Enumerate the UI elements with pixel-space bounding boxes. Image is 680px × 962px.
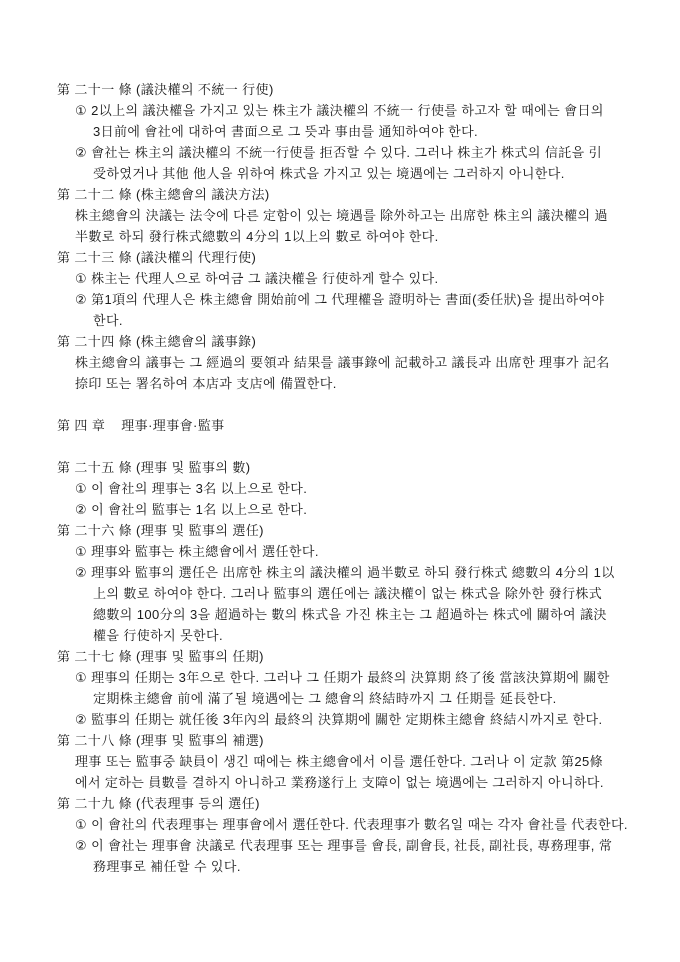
paragraph-line: ② 이 會社는 理事會 決議로 代表理事 또는 理事를 會長, 副會長, 社長,…	[75, 835, 680, 856]
paragraph-line: ① 이 會社의 理事는 3名 以上으로 한다.	[75, 478, 680, 499]
paragraph-line: ② 會社는 株主의 議決權의 不統一行使를 拒否할 수 있다. 그러나 株主가 …	[75, 142, 680, 163]
article-heading: 第 二十三 條 (議決權의 代理行使)	[57, 247, 680, 268]
chapter-heading: 第 四 章 理事·理事會·監事	[57, 415, 680, 436]
paragraph-line: ② 이 會社의 監事는 1名 以上으로 한다.	[75, 499, 680, 520]
paragraph-continuation-line: 捺印 또는 署名하여 本店과 支店에 備置한다.	[75, 373, 680, 394]
blank-line	[57, 436, 680, 457]
article-heading: 第 二十一 條 (議決權의 不統一 行使)	[57, 79, 680, 100]
paragraph-continuation-line: 에서 定하는 員數를 결하지 아니하고 業務遂行上 支障이 없는 境遇에는 그러…	[75, 772, 680, 793]
paragraph-continuation-line: 3日前에 會社에 대하여 書面으로 그 뜻과 事由를 通知하여야 한다.	[93, 121, 680, 142]
paragraph-line: 株主總會의 決議는 法令에 다른 定함이 있는 境遇를 除外하고는 出席한 株主…	[75, 205, 680, 226]
paragraph-continuation-line: 受하였거나 其他 他人을 위하여 株式을 가지고 있는 境遇에는 그러하지 아니…	[93, 163, 680, 184]
paragraph-line: ② 理事와 監事의 選任은 出席한 株主의 議決權의 過半數로 하되 發行株式 …	[75, 562, 680, 583]
paragraph-continuation-line: 務理事로 補任할 수 있다.	[93, 856, 680, 877]
blank-line	[57, 394, 680, 415]
paragraph-continuation-line: 總數의 100分의 3을 超過하는 數의 株式을 가진 株主는 그 超過하는 株…	[93, 604, 680, 625]
article-heading: 第 二十八 條 (理事 및 監事의 補選)	[57, 730, 680, 751]
paragraph-line: 理事 또는 監事중 缺員이 생긴 때에는 株主總會에서 이를 選任한다. 그러나…	[75, 751, 680, 772]
document-body: 第 二十一 條 (議決權의 不統一 行使)① 2以上의 議決權을 가지고 있는 …	[0, 0, 680, 877]
article-heading: 第 二十五 條 (理事 및 監事의 數)	[57, 457, 680, 478]
article-heading: 第 二十六 條 (理事 및 監事의 選任)	[57, 520, 680, 541]
article-heading: 第 二十二 條 (株主總會의 議決方法)	[57, 184, 680, 205]
article-heading: 第 二十七 條 (理事 및 監事의 任期)	[57, 646, 680, 667]
paragraph-line: ① 株主는 代理人으로 하여금 그 議決權을 行使하게 할수 있다.	[75, 268, 680, 289]
paragraph-continuation-line: 한다.	[93, 310, 680, 331]
paragraph-line: ① 이 會社의 代表理事는 理事會에서 選任한다. 代表理事가 數名일 때는 각…	[75, 814, 680, 835]
paragraph-line: 株主總會의 議事는 그 經過의 要領과 結果를 議事錄에 記載하고 議長과 出席…	[75, 352, 680, 373]
document-page: 第 二十一 條 (議決權의 不統一 行使)① 2以上의 議決權을 가지고 있는 …	[0, 0, 680, 962]
paragraph-line: ① 2以上의 議決權을 가지고 있는 株主가 議決權의 不統一 行使를 하고자 …	[75, 100, 680, 121]
paragraph-continuation-line: 半數로 하되 發行株式總數의 4分의 1以上의 數로 하여야 한다.	[75, 226, 680, 247]
paragraph-line: ② 第1項의 代理人은 株主總會 開始前에 그 代理權을 證明하는 書面(委任狀…	[75, 289, 680, 310]
paragraph-line: ① 理事와 監事는 株主總會에서 選任한다.	[75, 541, 680, 562]
paragraph-continuation-line: 上의 數로 하여야 한다. 그러나 監事의 選任에는 議決權이 없는 株式을 除…	[93, 583, 680, 604]
article-heading: 第 二十四 條 (株主總會의 議事錄)	[57, 331, 680, 352]
article-heading: 第 二十九 條 (代表理事 등의 選任)	[57, 793, 680, 814]
paragraph-line: ① 理事의 任期는 3年으로 한다. 그러나 그 任期가 最終의 決算期 終了後…	[75, 667, 680, 688]
paragraph-line: ② 監事의 任期는 就任後 3年內의 最終의 決算期에 關한 定期株主總會 終結…	[75, 709, 680, 730]
paragraph-continuation-line: 定期株主總會 前에 滿了될 境遇에는 그 總會의 終結時까지 그 任期를 延長한…	[93, 688, 680, 709]
paragraph-continuation-line: 權을 行使하지 못한다.	[93, 625, 680, 646]
